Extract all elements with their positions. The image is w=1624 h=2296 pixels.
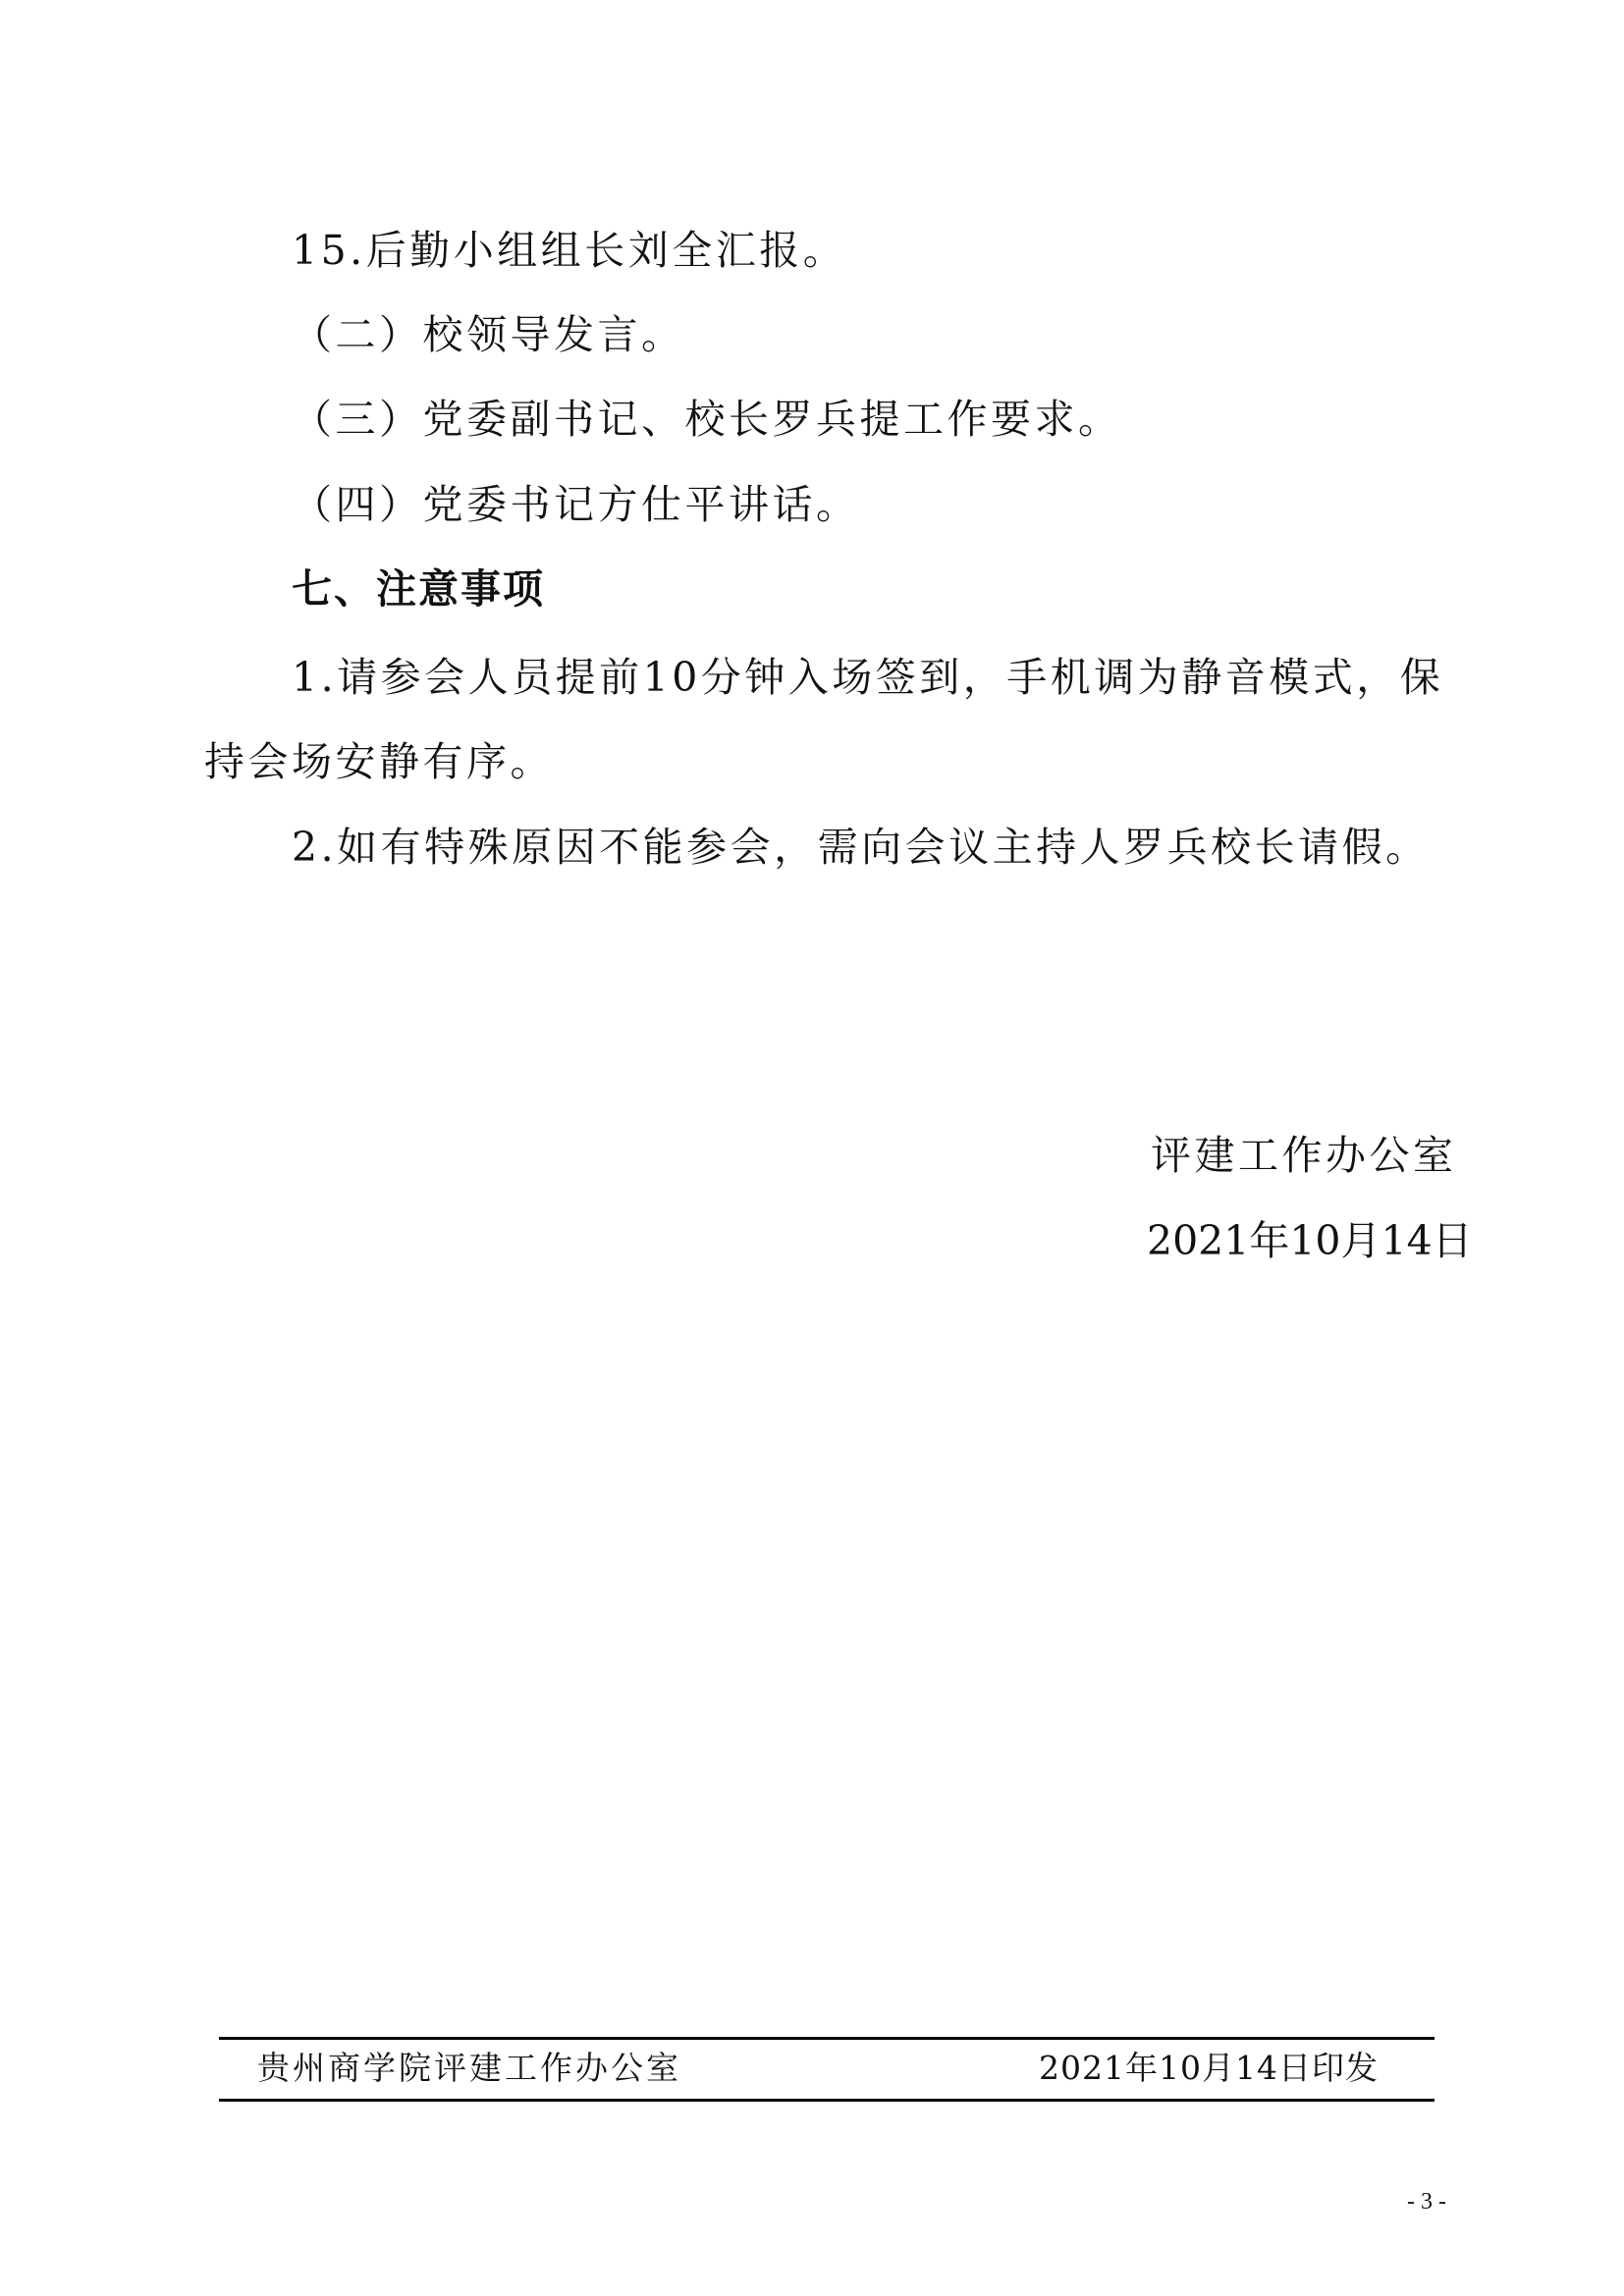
agenda-item-2: （二）校领导发言。 bbox=[292, 310, 685, 359]
note-1-continuation: 持会场安静有序。 bbox=[204, 737, 554, 786]
agenda-item-3: （三）党委副书记、校长罗兵提工作要求。 bbox=[292, 395, 1122, 444]
footer-bottom-rule bbox=[219, 2099, 1435, 2102]
note-2: 2.如有特殊原因不能参会，需向会议主持人罗兵校长请假。 bbox=[292, 823, 1430, 872]
page-number: - 3 - bbox=[1407, 2187, 1446, 2216]
section-heading: 七、注意事项 bbox=[292, 564, 545, 614]
footer-issue-date: 2021年10月14日印发 bbox=[1039, 2049, 1379, 2088]
note-1-first-line: 1.请参会人员提前10分钟入场签到，手机调为静音模式，保 bbox=[292, 653, 1443, 702]
signature-date: 2021年10月14日 bbox=[1147, 1216, 1473, 1265]
agenda-item-15: 15.后勤小组组长刘全汇报。 bbox=[292, 226, 846, 275]
footer-top-rule bbox=[219, 2037, 1435, 2040]
footer-issuer: 贵州商学院评建工作办公室 bbox=[257, 2049, 681, 2088]
signature-office: 评建工作办公室 bbox=[1151, 1131, 1457, 1180]
agenda-item-4: （四）党委书记方仕平讲话。 bbox=[292, 480, 860, 529]
